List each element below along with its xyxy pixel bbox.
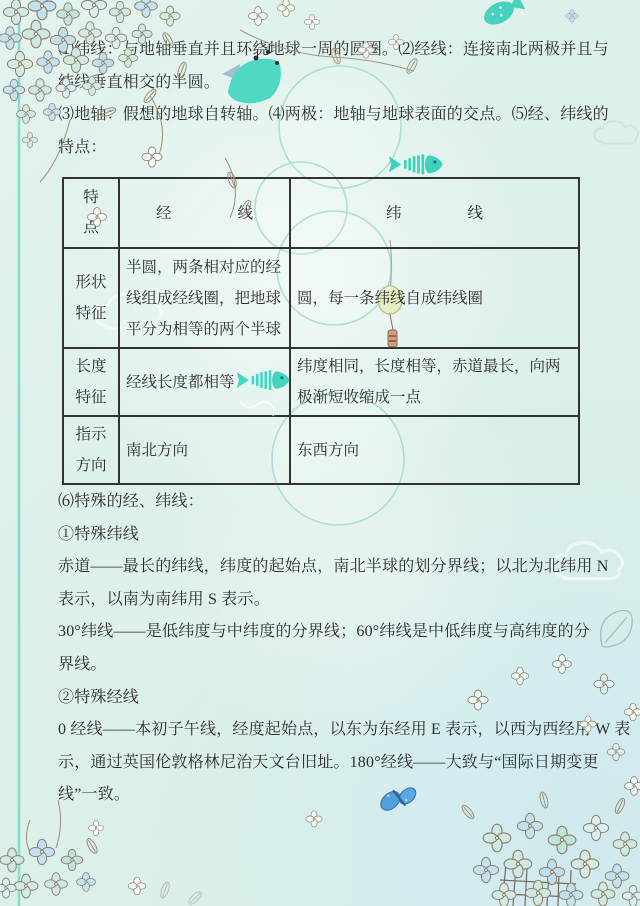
flower-icon [61,849,82,870]
flower-icon [624,703,640,721]
flower-icon [0,848,24,872]
flower-icon [583,815,608,840]
intro-line: ⑴纬线：与地轴垂直并且环绕地球一周的圆圈。⑵经线：连接南北两极并且与 [58,34,584,67]
intro-paragraph: ⑴纬线：与地轴垂直并且环绕地球一周的圆圈。⑵经线：连接南北两极并且与 纬线垂直相… [58,34,584,164]
intro-line: 纬线垂直相交的半圆。 [58,67,584,100]
flower-icon [566,10,579,23]
flower-icon [559,883,583,906]
flower-icon [277,0,295,17]
flower-icon [622,885,640,906]
table-row: 形状特征 半圆，两条相对应的经线组成经线圈，把地球平分为相等的两个半球 圆，每一… [63,248,579,348]
section-line: 30°纬线——是低纬度与中纬度的分界线；60°纬线是中低纬度与高纬度的分 [58,616,584,649]
table-header-row: 特 点 经 线 纬 线 [63,178,579,248]
flower-icon [0,878,16,898]
flower-icon [160,6,180,26]
column-header-weixian: 纬 线 [290,178,579,248]
flower-icon [7,51,32,76]
flower-icon [45,873,68,896]
leaf-icon [187,890,203,906]
flower-icon [29,839,54,864]
flower-cluster-bottom-left [0,800,203,906]
table-corner-cell: 特 点 [63,178,119,248]
row-label: 指示方向 [63,416,119,484]
flower-icon [591,882,615,906]
section-line: 界线。 [58,649,584,682]
flower-icon [504,850,532,878]
section-line: 示，通过英国伦敦格林尼治天文台旧址。180°经线——大致与“国际日期变更 [58,747,584,780]
flower-icon [539,859,564,884]
cell-weixian-length: 纬度相同，长度相等，赤道最长，向两极渐短收缩成一点 [290,348,579,416]
cell-jingxian-length: 经线长度都相等 [119,348,290,416]
leaf-icon [613,797,626,815]
cell-jingxian-direction: 南北方向 [119,416,290,484]
leaf-icon [85,837,99,855]
flower-icon [525,880,550,905]
flower-icon [22,132,37,147]
flower-icon [88,820,103,835]
leaf-icon [159,881,171,899]
flower-icon [29,79,52,102]
section-line: 表示，以南为南纬用 S 表示。 [58,584,584,617]
flower-icon [81,0,106,18]
section-line: 线”一致。 [58,779,584,812]
cell-weixian-direction: 东西方向 [290,416,579,484]
flower-icon [605,864,629,888]
flower-icon [3,0,28,25]
flower-icon [304,14,319,29]
basket-lines [500,864,576,906]
flower-icon [571,850,599,878]
corner-bottom-label: 点 [83,217,99,239]
section-line: 0 经线——本初子午线，经度起始点，以东为东经用 E 表示，以西为西经用 W 表 [58,714,584,747]
notes-page: ⑴纬线：与地轴垂直并且环绕地球一周的圆圈。⑵经线：连接南北两极并且与 纬线垂直相… [0,0,640,906]
flower-icon [128,877,146,895]
flower-icon [613,832,637,856]
row-label: 形状特征 [63,248,119,348]
flower-icon [548,826,576,854]
flower-icon [37,51,60,74]
flower-icon [306,811,322,827]
flower-icon [77,873,96,892]
flower-icon [517,813,542,838]
cell-jingxian-shape: 半圆，两条相对应的经线组成经线圈，把地球平分为相等的两个半球 [119,248,290,348]
flower-icon [135,0,158,17]
flower-icon [28,0,56,20]
flower-icon [607,743,625,761]
flower-icon [3,79,24,100]
flower-icon [109,1,130,22]
flower-icon [57,3,80,26]
table-row: 长度特征 经线长度都相等 纬度相同，长度相等，赤道最长，向两极渐短收缩成一点 [63,348,579,416]
intro-line: ⑶地轴：假想的地球自转轴。⑷两极：地轴与地球表面的交点。⑸经、纬线的 [58,99,584,132]
features-table: 特 点 经 线 纬 线 形状特征 半圆，两条相对应的经线组成经线圈，把地球平分为… [62,177,580,485]
table-row: 指示方向 南北方向 东西方向 [63,416,579,484]
small-fish-icon [480,0,526,29]
special-lines-section: ⑹特殊的经、纬线： ①特殊纬线 赤道——最长的纬线，纬度的起始点，南北半球的划分… [58,486,584,812]
flower-icon [594,674,614,694]
flower-icon [249,7,268,26]
row-label: 长度特征 [63,348,119,416]
section-line: ⑹特殊的经、纬线： [58,486,584,519]
flower-icon [492,883,516,906]
flower-icon [473,857,498,882]
section-line: 赤道——最长的纬线，纬度的起始点，南北半球的划分界线；以北为北纬用 N [58,551,584,584]
column-header-jingxian: 经 线 [119,178,290,248]
flower-icon [483,824,511,852]
flower-icon [625,777,640,796]
intro-line: 特点： [58,132,584,165]
left-rule-line [18,0,20,906]
flower-icon [22,20,50,48]
cell-weixian-shape: 圆，每一条纬线自成纬线圈 [290,248,579,348]
section-line: ①特殊纬线 [58,519,584,552]
corner-top-label: 特 [83,187,99,209]
leaf-doodle [601,611,633,648]
section-line: ②特殊经线 [58,682,584,715]
